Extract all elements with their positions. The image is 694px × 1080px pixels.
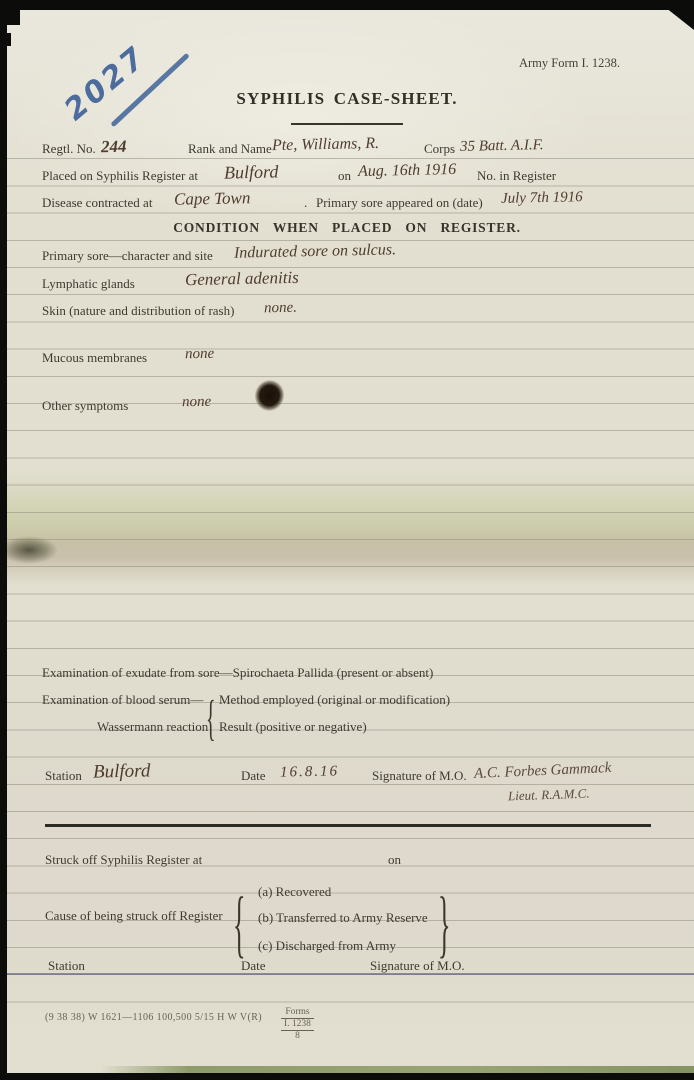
cause-transferred: (b) Transferred to Army Reserve: [258, 910, 428, 926]
no-in-register-label: No. in Register: [477, 168, 556, 184]
other-symptoms-label: Other symptoms: [42, 398, 128, 414]
lymphatic-glands-label: Lymphatic glands: [42, 276, 135, 292]
cause-discharged: (c) Discharged from Army: [258, 938, 396, 954]
disease-contracted-label: Disease contracted at: [42, 195, 152, 211]
fold-crease-stain: [0, 536, 58, 564]
exudate-exam-label: Examination of exudate from sore—Spiroch…: [42, 665, 433, 681]
army-form-number: Army Form I. 1238.: [519, 56, 620, 71]
other-symptoms-value: none: [182, 394, 212, 412]
primary-sore-character-label: Primary sore—character and site: [42, 248, 213, 264]
rank-name-label: Rank and Name: [188, 141, 272, 157]
mucous-membranes-label: Mucous membranes: [42, 350, 147, 366]
corps-label: Corps: [424, 141, 455, 157]
final-signature-label: Signature of M.O.: [370, 958, 465, 974]
final-date-label: Date: [241, 958, 266, 974]
mo-date-label: Date: [241, 768, 266, 784]
lymphatic-glands-value: General adenitis: [185, 268, 299, 290]
form-title: SYPHILIS CASE-SHEET.: [0, 89, 694, 109]
mo-station-value: Bulford: [93, 760, 151, 783]
regtl-no-value: 244: [101, 137, 127, 158]
forms-fraction-top: Forms: [281, 1007, 314, 1019]
primary-sore-date-label: Primary sore appeared on (date): [316, 195, 483, 211]
result-label: Result (positive or negative): [219, 719, 367, 735]
primary-sore-character-value: Indurated sore on sulcus.: [234, 241, 396, 262]
placed-on-date-value: Aug. 16th 1916: [358, 161, 457, 181]
mo-date-value: 16.8.16: [280, 763, 339, 781]
rank-name-value: Pte, Williams, R.: [272, 135, 379, 155]
blood-serum-label: Examination of blood serum—: [42, 692, 203, 708]
section-divider-rule: [45, 824, 651, 827]
scan-edge-tab: [0, 8, 20, 25]
printed-period: .: [304, 195, 307, 211]
cause-struck-off-label: Cause of being struck off Register: [45, 908, 223, 924]
printer-imprint: (9 38 38) W 1621—1106 100,500 5/15 H W V…: [45, 1012, 262, 1023]
regtl-no-label: Regtl. No.: [42, 141, 96, 157]
bottom-ruled-line: [0, 973, 694, 975]
corps-value: 35 Batt. A.I.F.: [460, 137, 544, 156]
forms-fraction-bottom: 8: [295, 1031, 300, 1041]
causes-close-brace: }: [438, 882, 450, 969]
placed-on-register-label: Placed on Syphilis Register at: [42, 168, 198, 184]
skin-rash-label: Skin (nature and distribution of rash): [42, 303, 234, 319]
primary-sore-date-value: July 7th 1916: [501, 189, 583, 208]
causes-open-brace: {: [233, 882, 245, 969]
final-station-label: Station: [48, 958, 85, 974]
forms-fraction-mid: I. 1238: [281, 1019, 314, 1031]
mo-signature-rank: Lieut. R.A.M.C.: [508, 786, 590, 805]
struck-off-label: Struck off Syphilis Register at: [45, 852, 202, 868]
condition-heading: CONDITION WHEN PLACED ON REGISTER.: [0, 220, 694, 236]
placed-on-date-label: on: [338, 168, 351, 184]
cause-recovered: (a) Recovered: [258, 884, 331, 900]
scan-edge-top: [0, 0, 694, 10]
mucous-membranes-value: none: [185, 346, 215, 364]
skin-rash-value: none.: [264, 300, 297, 318]
title-underline: [291, 123, 403, 125]
scan-edge-notch: [0, 33, 11, 46]
mo-station-label: Station: [45, 768, 82, 784]
struck-off-on-label: on: [388, 852, 401, 868]
mo-signature-label: Signature of M.O.: [372, 768, 467, 784]
wassermann-label: Wassermann reaction: [97, 719, 208, 735]
disease-contracted-value: Cape Town: [174, 188, 251, 210]
scanned-document: Army Form I. 1238. 2027 SYPHILIS CASE-SH…: [0, 0, 694, 1080]
forms-fraction: Forms I. 1238 8: [281, 1007, 314, 1042]
scan-edge-bottom: [0, 1073, 694, 1080]
placed-on-register-value: Bulford: [224, 161, 279, 183]
method-employed-label: Method employed (original or modificatio…: [219, 692, 450, 708]
scan-edge-left: [0, 0, 7, 1080]
